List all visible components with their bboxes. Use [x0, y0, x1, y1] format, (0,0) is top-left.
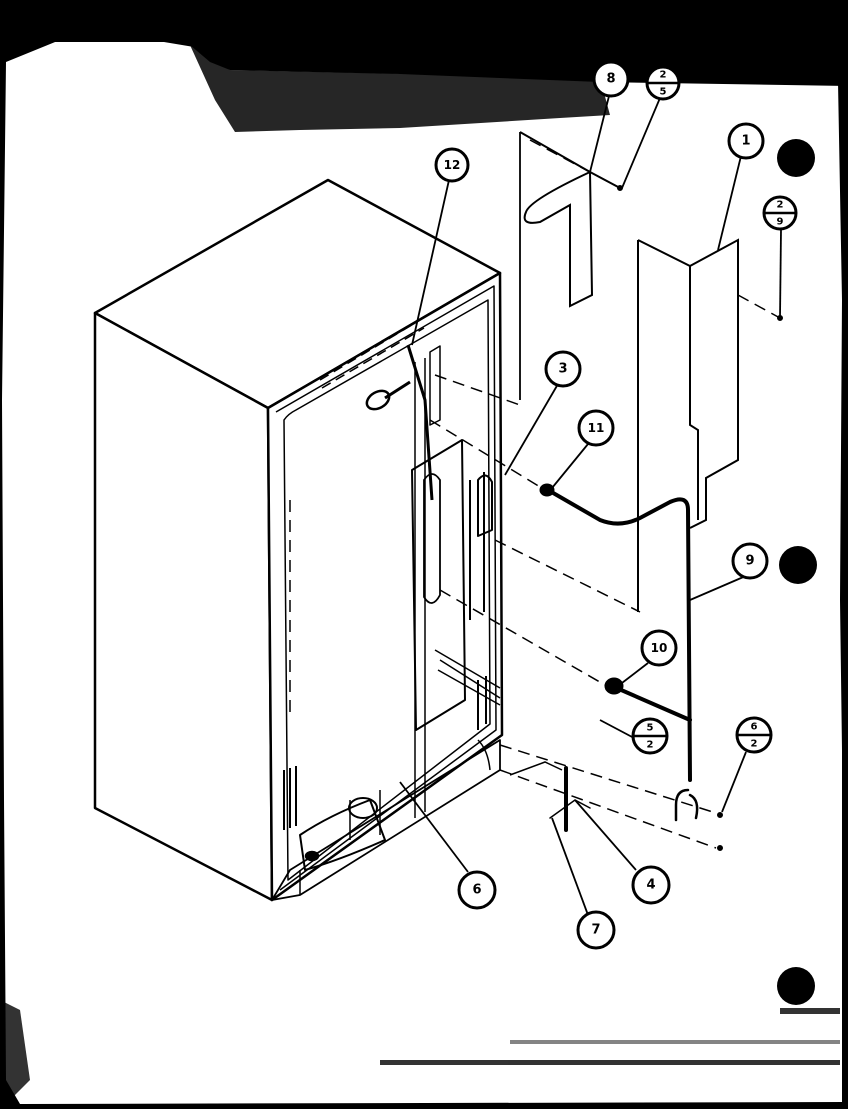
callout-6[interactable]: 6	[459, 872, 495, 908]
callout-4-label: 4	[646, 878, 655, 893]
callout-5-2[interactable]: 5 2	[633, 719, 667, 753]
callout-5-2-top: 5	[647, 723, 654, 734]
callout-1[interactable]: 1	[729, 124, 763, 158]
callout-12-label: 12	[444, 158, 461, 172]
registration-dot	[777, 139, 815, 177]
callout-10-label: 10	[651, 641, 668, 655]
callout-8-label: 8	[606, 72, 615, 87]
registration-dot	[777, 967, 815, 1005]
callout-11[interactable]: 11	[579, 411, 613, 445]
callout-12[interactable]: 12	[436, 149, 468, 181]
callout-10[interactable]: 10	[642, 631, 676, 665]
callout-6-2-bottom: 2	[751, 739, 758, 750]
diagram-canvas: 8 2 5 1 2 9 12 3 11	[0, 0, 848, 1109]
callout-6-label: 6	[472, 883, 481, 898]
callout-6-2-top: 6	[751, 722, 758, 733]
parts-diagram: 8 2 5 1 2 9 12 3 11	[0, 0, 848, 1109]
callout-2-9[interactable]: 2 9	[764, 197, 796, 229]
registration-dot	[779, 546, 817, 584]
callout-7[interactable]: 7	[578, 912, 614, 948]
callout-7-label: 7	[591, 923, 600, 938]
callout-2-5-bottom: 5	[660, 87, 667, 98]
callout-6-2[interactable]: 6 2	[737, 718, 771, 752]
callout-9-label: 9	[745, 554, 754, 569]
callout-4[interactable]: 4	[633, 867, 669, 903]
callout-2-9-top: 2	[777, 200, 784, 211]
callout-2-5[interactable]: 2 5	[647, 67, 679, 99]
callout-11-label: 11	[588, 421, 605, 435]
callout-2-9-bottom: 9	[777, 217, 784, 228]
callout-5-2-bottom: 2	[647, 740, 654, 751]
callout-8[interactable]: 8	[594, 62, 628, 96]
callout-3-label: 3	[558, 362, 567, 377]
callout-3[interactable]: 3	[546, 352, 580, 386]
callout-1-label: 1	[741, 134, 750, 149]
callout-9[interactable]: 9	[733, 544, 767, 578]
callout-2-5-top: 2	[660, 70, 667, 81]
